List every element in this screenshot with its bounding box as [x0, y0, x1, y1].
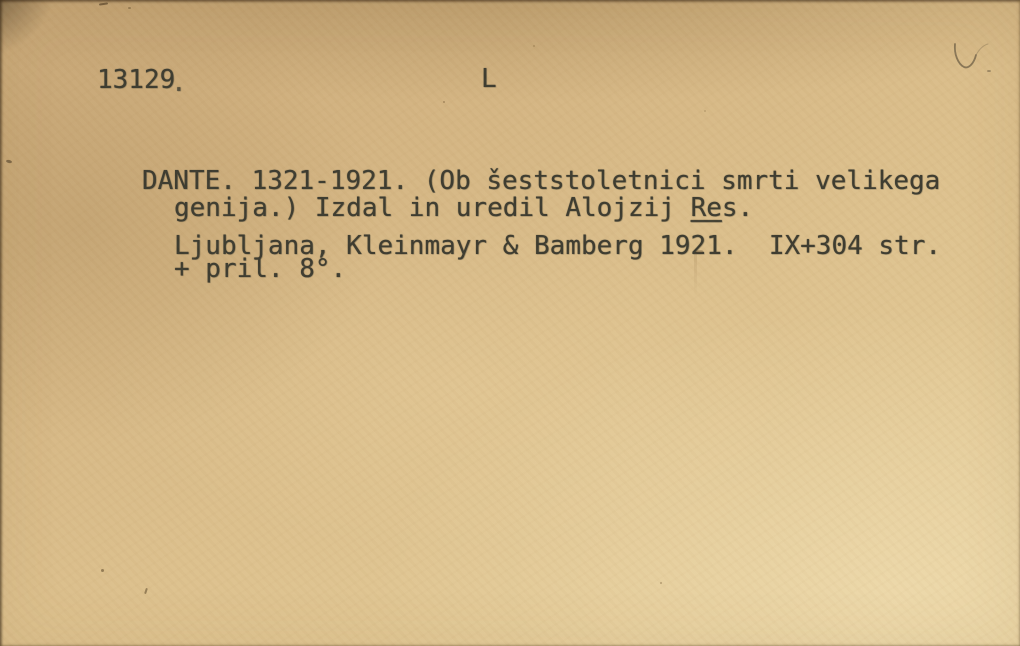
paper-speck: [704, 110, 706, 112]
paper-speck: [6, 159, 12, 163]
entry-line-1: DANTE. 1321-1921. (Ob šeststoletnici smr…: [142, 168, 940, 194]
paper-speck: [443, 101, 445, 103]
paper-speck: [101, 569, 104, 572]
paper-speck: [128, 7, 131, 9]
paper-speck: [144, 588, 148, 594]
pencil-checkmark: [950, 42, 992, 76]
entry-line-2: genija.) Izdal in uredil Alojzij Res.: [174, 195, 753, 221]
catalog-card: 13129 . L DANTE. 1321-1921. (Ob šeststol…: [0, 0, 1020, 646]
paper-speck: [660, 582, 662, 584]
entry-line-2-pre: genija.) Izdal in uredil Alojzij: [174, 193, 691, 223]
stray-ink-dot: .: [171, 70, 187, 96]
entry-line-4: + pril. 8°.: [174, 256, 346, 282]
catalog-number: 13129: [97, 67, 175, 93]
paper-speck: [99, 2, 108, 5]
underlined-author-initial: Re: [691, 193, 722, 223]
section-letter: L: [481, 66, 497, 92]
paper-speck: [533, 45, 535, 47]
entry-line-2-post: s.: [722, 193, 753, 223]
